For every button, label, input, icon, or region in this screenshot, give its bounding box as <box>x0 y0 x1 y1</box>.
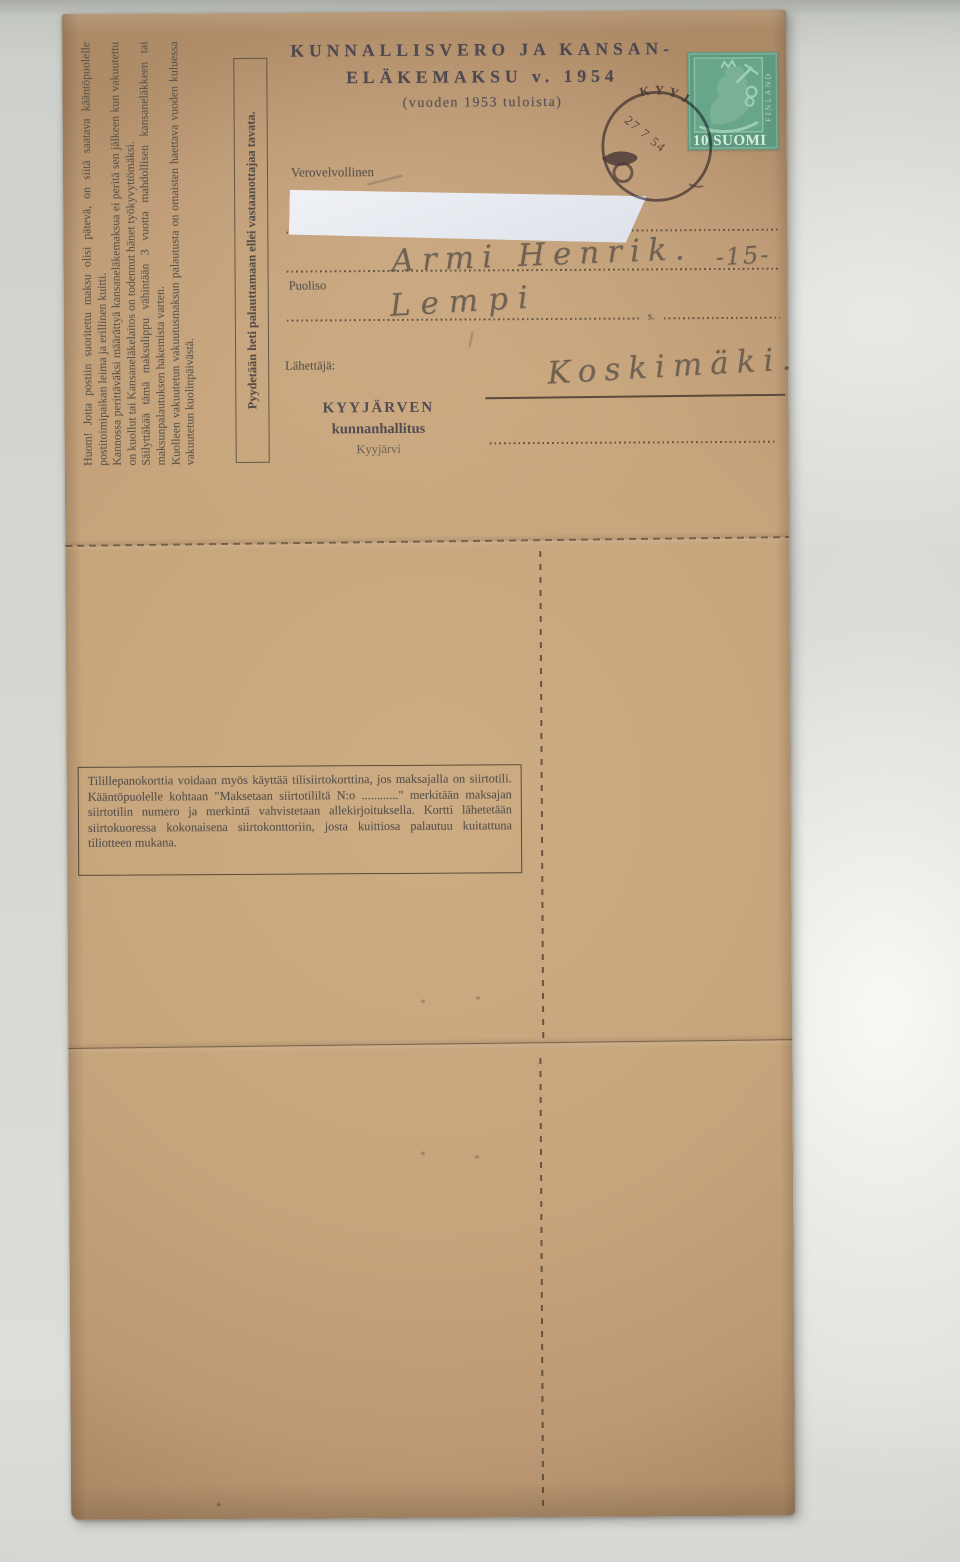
card-title-line2: ELÄKEMAKSU v. 1954 <box>262 65 702 89</box>
postmark-town: KYYJ <box>638 82 696 108</box>
pencil-speck <box>421 1152 425 1155</box>
perforation-line-vertical-middle <box>539 551 544 1043</box>
perforation-line-vertical-bottom <box>539 1058 544 1513</box>
fold-perforation-line-top <box>65 536 789 547</box>
dotted-rule <box>490 441 775 445</box>
taxpayer-name-handwritten: Armi Henrik. <box>391 231 693 279</box>
pencil-speck <box>475 1155 479 1158</box>
info-box: Tilillepanokorttia voidaan myös käyttää … <box>78 764 523 876</box>
taxpayer-amount-handwritten: -15- <box>715 240 771 271</box>
postmark-date: 27 7 54 <box>622 112 670 155</box>
sender-org-board: kunnanhallitus <box>278 420 478 438</box>
signature-line <box>485 394 785 399</box>
s-abbreviation-label: s. <box>648 310 655 322</box>
sender-label: Lähettäjä: <box>285 358 335 373</box>
paper-fleck <box>217 1503 220 1506</box>
postmark: KYYJ 27 7 54 <box>596 86 717 207</box>
sender-org-town: Kyyjärvi <box>279 441 479 457</box>
fold-line-bottom <box>68 1039 792 1049</box>
sender-org-block: KYYJÄRVEN kunnanhallitus Kyyjärvi <box>278 399 478 457</box>
sender-signature-handwritten: Koskimäki. <box>546 341 800 392</box>
side-notes-column: Huom! Jotta postiin suoritettu maksu oli… <box>78 41 235 466</box>
side-note-paragraph: Huom! Jotta postiin suoritettu maksu oli… <box>78 42 110 466</box>
pencil-descender-stroke <box>468 331 473 347</box>
document-card: Huom! Jotta postiin suoritettu maksu oli… <box>62 10 795 1520</box>
card-title-line1: KUNNALLISVERO JA KANSAN- <box>262 38 702 62</box>
side-note-paragraph: Kannossa perittäväksi määrättyä kansanel… <box>107 42 139 466</box>
side-note-paragraph: Säilyttäkää tämä maksulippu vähintään 3 … <box>137 41 169 465</box>
pencil-speck <box>476 996 480 999</box>
photo-background: Huom! Jotta postiin suoritettu maksu oli… <box>0 0 960 1562</box>
side-note-paragraph: Kuolleen vakuutetun vakuutusmaksun palau… <box>166 41 198 465</box>
spouse-name-handwritten: Lempi <box>389 279 539 324</box>
svg-text:KYYJ: KYYJ <box>638 82 696 108</box>
stamp-country-label: FINLAND <box>763 71 772 121</box>
return-request-text: Pyydetään heti palauttamaan ellei vastaa… <box>233 58 269 463</box>
info-box-text: Tilillepanokorttia voidaan myös käyttää … <box>88 771 512 850</box>
dotted-rule <box>664 317 780 320</box>
sender-org-name: KYYJÄRVEN <box>278 399 478 417</box>
return-request-box: Pyydetään heti palauttamaan ellei vastaa… <box>233 58 269 463</box>
spouse-label: Puoliso <box>289 278 327 293</box>
pencil-speck <box>421 1000 425 1003</box>
taxpayer-label: Verovelvollinen <box>291 164 374 181</box>
